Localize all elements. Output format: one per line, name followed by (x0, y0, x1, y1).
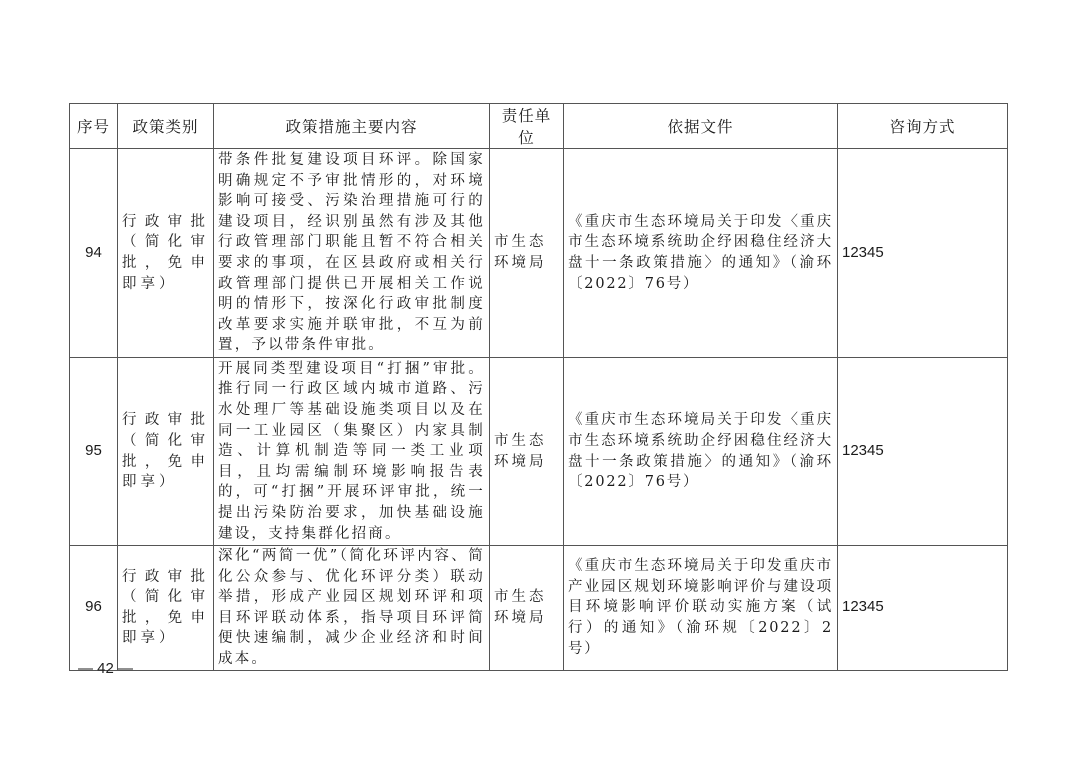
header-contact: 咨询方式 (838, 104, 1008, 149)
row-content: 开展同类型建设项目“打捆”审批。推行同一行政区域内城市道路、污水处理厂等基础设施… (214, 358, 490, 546)
row-unit: 市生态环境局 (490, 546, 564, 671)
row-number: 96 (70, 546, 118, 671)
header-category: 政策类别 (118, 104, 214, 149)
row-number: 95 (70, 358, 118, 546)
page-number: — 42 — (78, 660, 133, 677)
table-header-row: 序号 政策类别 政策措施主要内容 责任单位 依据文件 咨询方式 (70, 104, 1008, 149)
row-contact: 12345 (838, 546, 1008, 671)
row-unit: 市生态环境局 (490, 149, 564, 358)
row-category: 行政审批（简化审批，免申即享） (118, 546, 214, 671)
row-content: 带条件批复建设项目环评。除国家明确规定不予审批情形的，对环境影响可接受、污染治理… (214, 149, 490, 358)
row-contact: 12345 (838, 149, 1008, 358)
row-contact: 12345 (838, 358, 1008, 546)
header-unit: 责任单位 (490, 104, 564, 149)
row-category: 行政审批（简化审批，免申即享） (118, 358, 214, 546)
header-content: 政策措施主要内容 (214, 104, 490, 149)
header-number: 序号 (70, 104, 118, 149)
row-number: 94 (70, 149, 118, 358)
row-document: 《重庆市生态环境局关于印发〈重庆市生态环境系统助企纾困稳住经济大盘十一条政策措施… (564, 358, 838, 546)
row-document: 《重庆市生态环境局关于印发〈重庆市生态环境系统助企纾困稳住经济大盘十一条政策措施… (564, 149, 838, 358)
table-row: 95 行政审批（简化审批，免申即享） 开展同类型建设项目“打捆”审批。推行同一行… (70, 358, 1008, 546)
policy-table: 序号 政策类别 政策措施主要内容 责任单位 依据文件 咨询方式 94 行政审批（… (69, 103, 1008, 671)
table-row: 96 行政审批（简化审批，免申即享） 深化“两简一优”（简化环评内容、简化公众参… (70, 546, 1008, 671)
header-document: 依据文件 (564, 104, 838, 149)
table-row: 94 行政审批（简化审批，免申即享） 带条件批复建设项目环评。除国家明确规定不予… (70, 149, 1008, 358)
row-content: 深化“两简一优”（简化环评内容、简化公众参与、优化环评分类）联动举措，形成产业园… (214, 546, 490, 671)
row-unit: 市生态环境局 (490, 358, 564, 546)
row-document: 《重庆市生态环境局关于印发重庆市产业园区规划环境影响评价与建设项目环境影响评价联… (564, 546, 838, 671)
row-category: 行政审批（简化审批，免申即享） (118, 149, 214, 358)
